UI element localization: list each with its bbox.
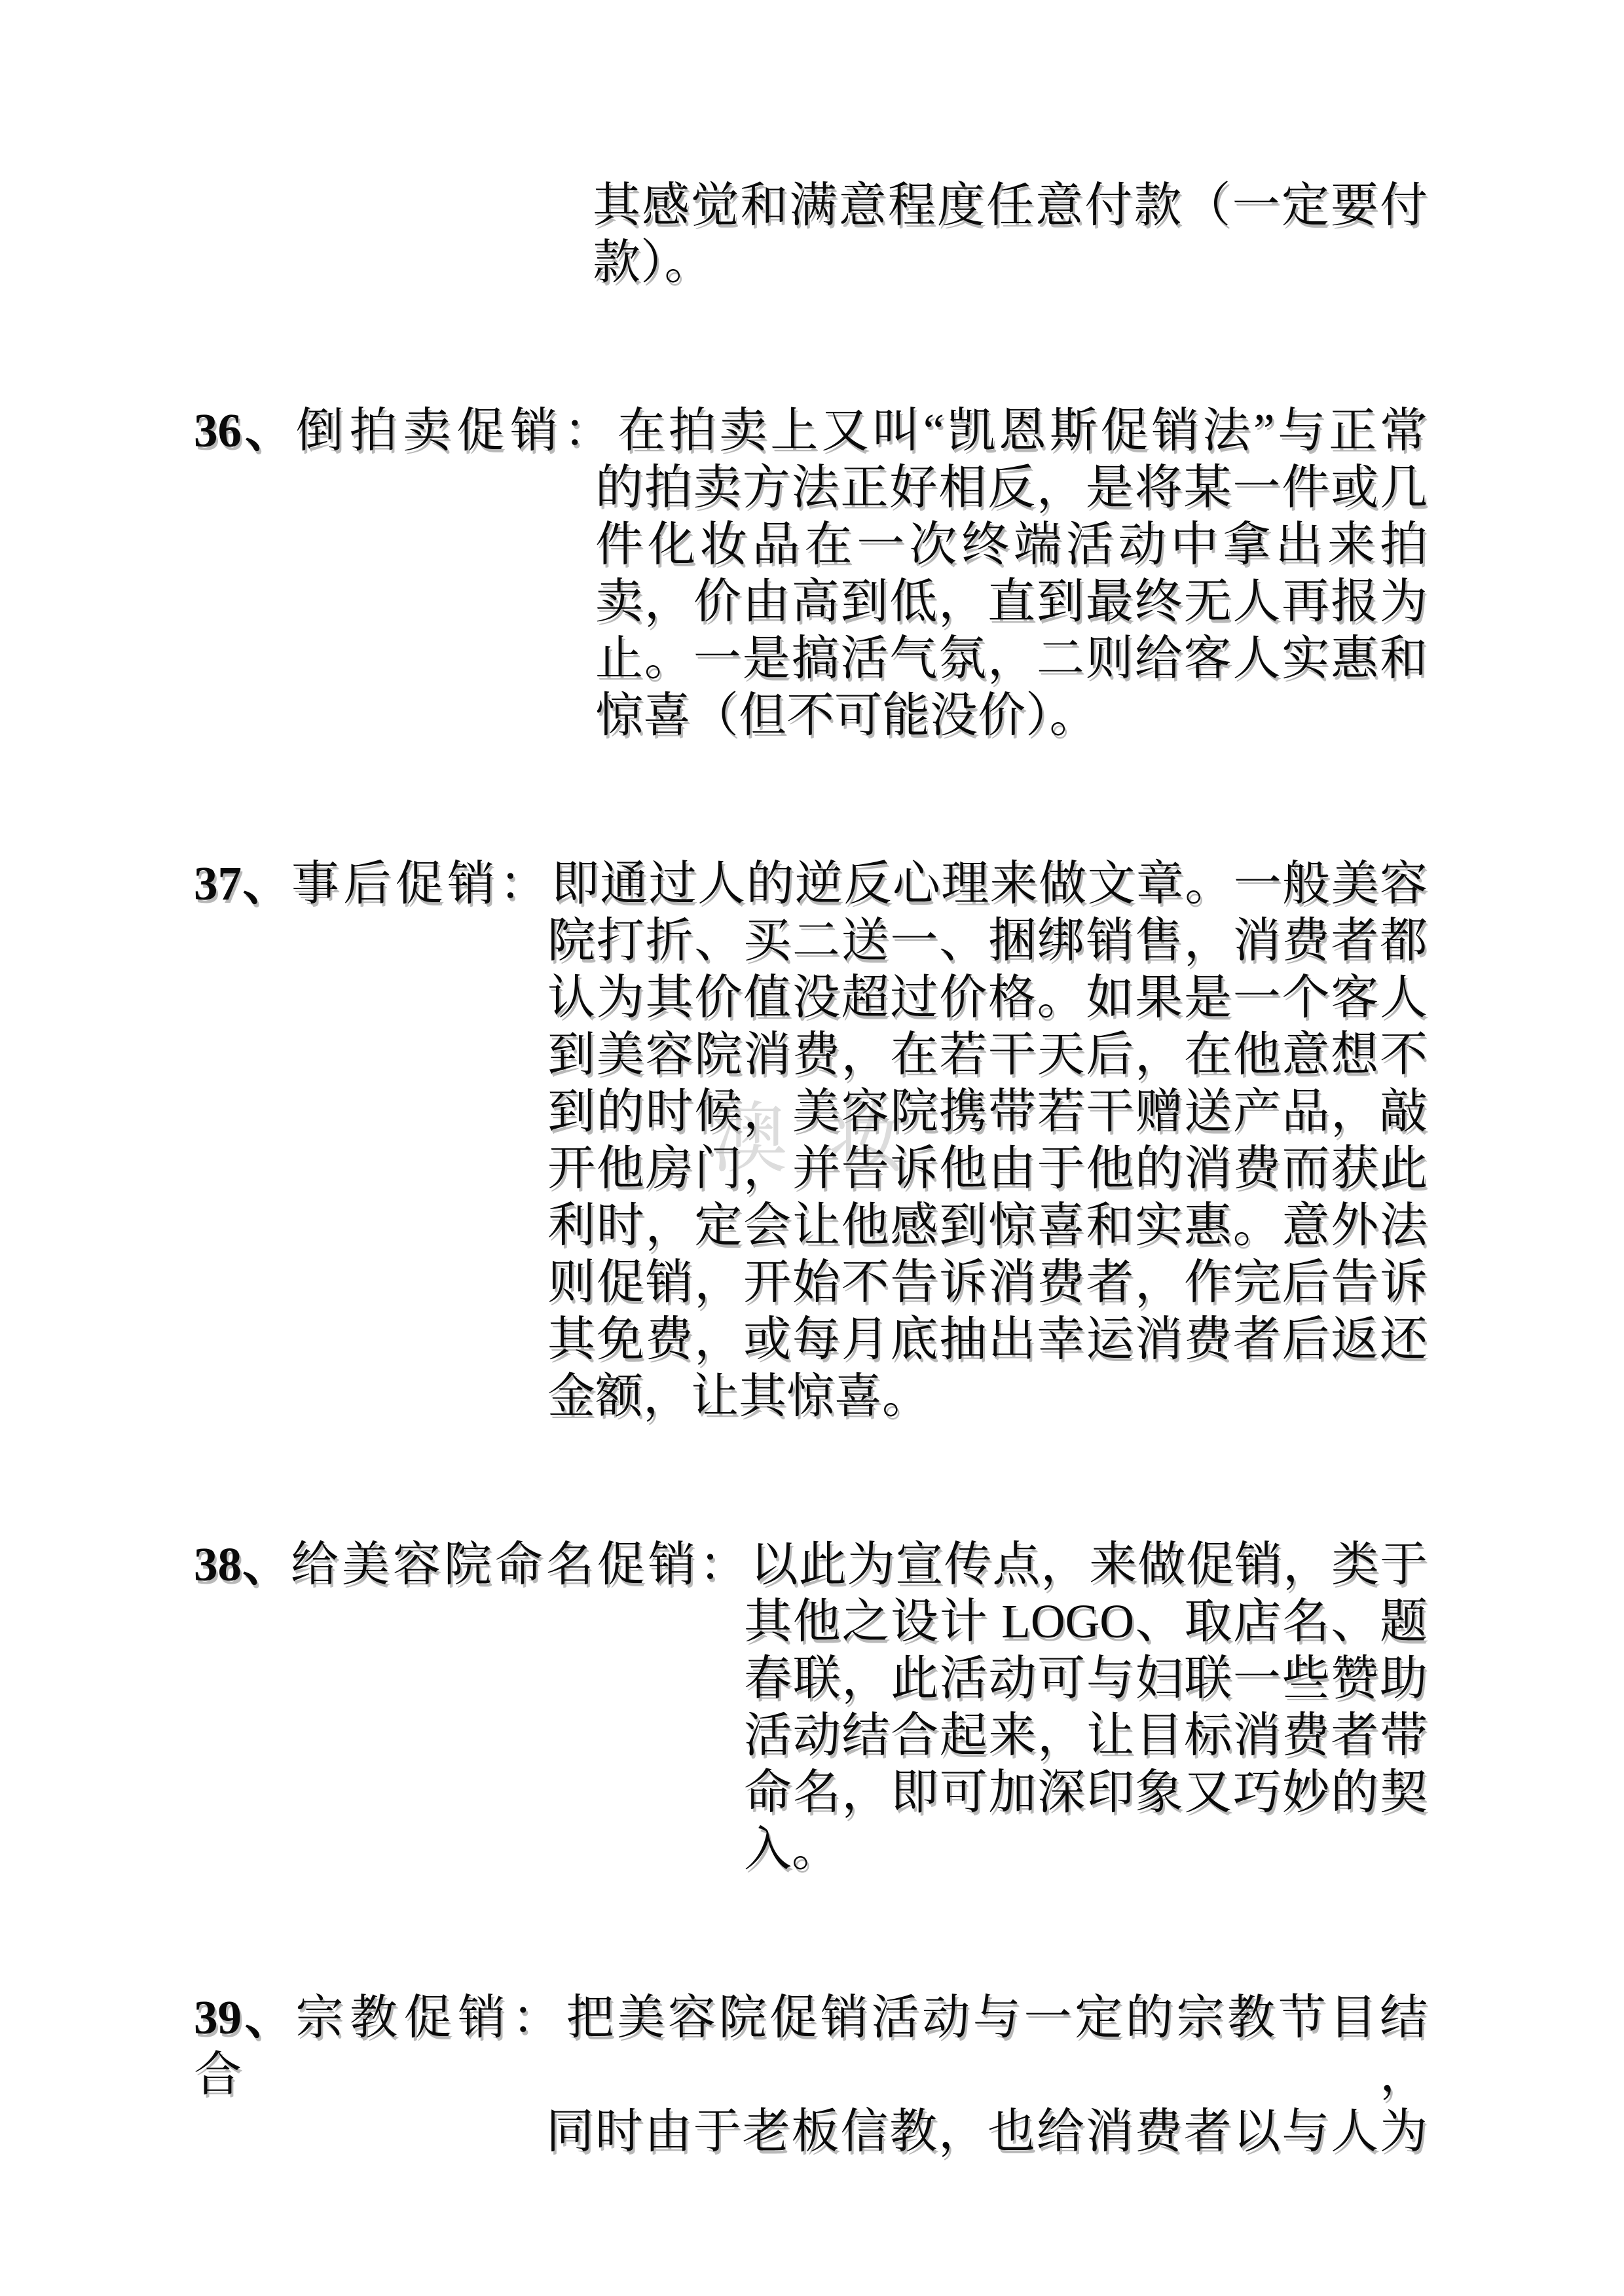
doc-line: 其感觉和满意程度任意付款（一定要付 bbox=[593, 177, 1428, 234]
list-item-38: 38、给美容院命名促销：以此为宣传点，来做促销，类于其他之设计 LOGO、取店名… bbox=[194, 1536, 1428, 1878]
doc-line: 款）。 bbox=[593, 234, 1428, 291]
item-label: 倒拍卖促销： bbox=[296, 404, 618, 457]
item-number: 37、 bbox=[194, 857, 291, 910]
item-number: 38、 bbox=[194, 1538, 291, 1591]
item-body-start: 即通过人的逆反心理来做文章。一般美容 bbox=[551, 857, 1428, 910]
list-item-37: 37、事后促销：即通过人的逆反心理来做文章。一般美容院打折、买二送一、捆绑销售，… bbox=[194, 855, 1428, 1425]
doc-line: 入。 bbox=[744, 1821, 1428, 1878]
doc-line: 金额，让其惊喜。 bbox=[547, 1368, 1428, 1425]
doc-line: 则促销，开始不告诉消费者，作完后告诉 bbox=[547, 1254, 1428, 1311]
item-first-line: 37、事后促销：即通过人的逆反心理来做文章。一般美容 bbox=[194, 855, 1428, 912]
document-page: 澳妆 其感觉和满意程度任意付款（一定要付款）。36、倒拍卖促销：在拍卖上又叫“凯… bbox=[0, 0, 1624, 2296]
list-item-39: 39、宗教促销：把美容院促销活动与一定的宗教节目结合，同时由于老板信教，也给消费… bbox=[194, 1989, 1428, 2160]
item-number: 36、 bbox=[194, 404, 296, 457]
list-item-36: 36、倒拍卖促销：在拍卖上又叫“凯恩斯促销法”与正常的拍卖方法正好相反，是将某一… bbox=[194, 402, 1428, 744]
item-first-line: 36、倒拍卖促销：在拍卖上又叫“凯恩斯促销法”与正常 bbox=[194, 402, 1428, 459]
doc-line: 卖，价由高到低，直到最终无人再报为 bbox=[595, 573, 1428, 630]
doc-line: 的拍卖方法正好相反，是将某一件或几 bbox=[595, 459, 1428, 516]
doc-line: 春联，此活动可与妇联一些赞助 bbox=[744, 1650, 1428, 1707]
item-number: 39、 bbox=[194, 1991, 295, 2044]
doc-line: 其免费，或每月底抽出幸运消费者后返还 bbox=[547, 1311, 1428, 1368]
doc-line: 到美容院消费，在若干天后，在他意想不 bbox=[547, 1026, 1428, 1083]
item-label: 给美容院命名促销： bbox=[291, 1538, 750, 1591]
item-body-start: 在拍卖上又叫“凯恩斯促销法”与正常 bbox=[618, 404, 1428, 457]
doc-line: 止。一是搞活气氛，二则给客人实惠和 bbox=[595, 630, 1428, 687]
doc-line: 到的时候，美容院携带若干赠送产品，敲 bbox=[547, 1083, 1428, 1140]
doc-line: 惊喜（但不可能没价）。 bbox=[595, 687, 1428, 744]
paragraph-continuation: 其感觉和满意程度任意付款（一定要付款）。 bbox=[194, 177, 1428, 291]
item-first-line: 38、给美容院命名促销：以此为宣传点，来做促销，类于 bbox=[194, 1536, 1428, 1593]
doc-line: 开他房门，并告诉他由于他的消费而获此 bbox=[547, 1140, 1428, 1197]
doc-line: 利时，定会让他感到惊喜和实惠。意外法 bbox=[547, 1197, 1428, 1254]
doc-line: 院打折、买二送一、捆绑销售，消费者都 bbox=[547, 912, 1428, 969]
item-label: 宗教促销： bbox=[295, 1991, 566, 2044]
doc-line: 件化妆品在一次终端活动中拿出来拍 bbox=[595, 516, 1428, 573]
doc-line: 认为其价值没超过价格。如果是一个客人 bbox=[547, 969, 1428, 1026]
item-label: 事后促销： bbox=[291, 857, 551, 910]
document-body: 其感觉和满意程度任意付款（一定要付款）。36、倒拍卖促销：在拍卖上又叫“凯恩斯促… bbox=[0, 0, 1624, 2160]
doc-line: 活动结合起来，让目标消费者带 bbox=[744, 1707, 1428, 1764]
doc-line: 命名，即可加深印象又巧妙的契 bbox=[744, 1764, 1428, 1821]
doc-line: 同时由于老板信教，也给消费者以与人为 bbox=[546, 2103, 1428, 2160]
item-first-line: 39、宗教促销：把美容院促销活动与一定的宗教节目结合， bbox=[194, 1989, 1428, 2103]
item-body-start: 以此为宣传点，来做促销，类于 bbox=[750, 1538, 1428, 1591]
doc-line: 其他之设计 LOGO、取店名、题 bbox=[744, 1593, 1428, 1650]
